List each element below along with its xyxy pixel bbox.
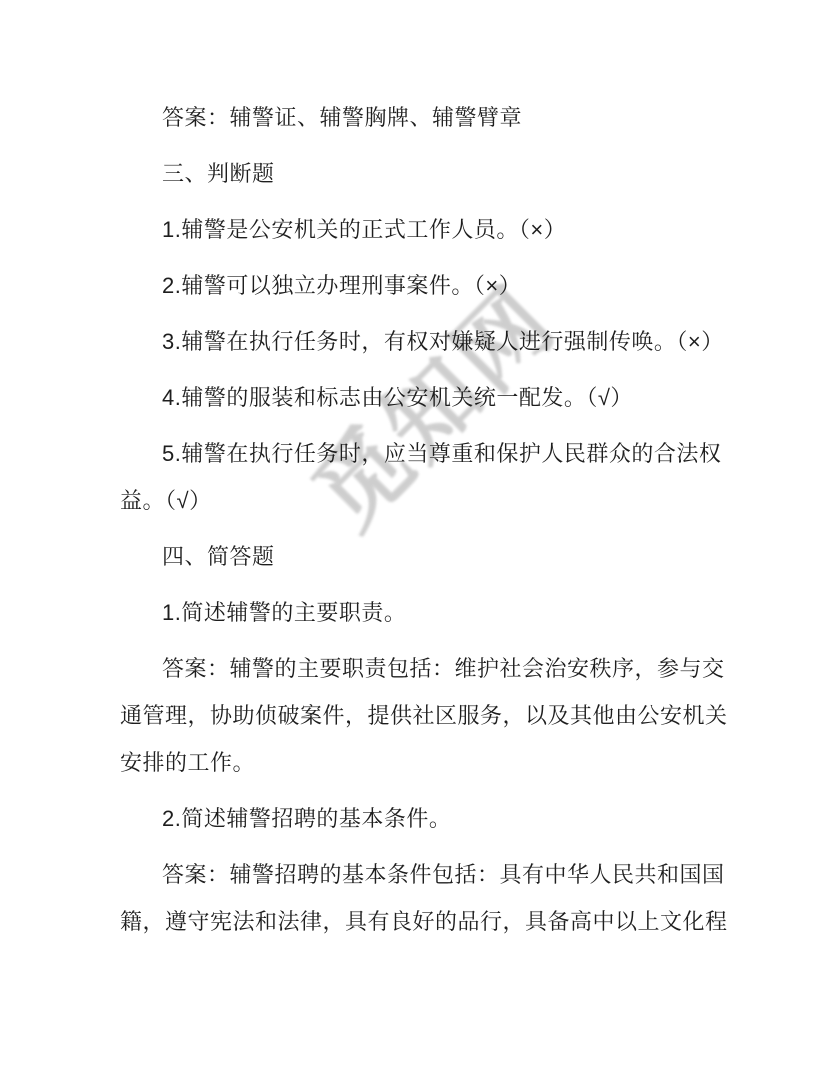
paragraph-question: 1.辅警是公安机关的正式工作人员。（×） bbox=[120, 206, 718, 253]
document-body: 答案：辅警证、辅警胸牌、辅警臂章三、判断题1.辅警是公安机关的正式工作人员。（×… bbox=[120, 94, 718, 954]
text-line: 三、判断题 bbox=[120, 150, 718, 197]
text-line: 5.辅警在执行任务时，应当尊重和保护人民群众的合法权 bbox=[120, 430, 718, 477]
text-line: 答案：辅警证、辅警胸牌、辅警臂章 bbox=[120, 94, 718, 141]
text-line: 四、简答题 bbox=[120, 533, 718, 580]
paragraph-question: 4.辅警的服装和标志由公安机关统一配发。（√） bbox=[120, 374, 718, 421]
paragraph-question: 1.简述辅警的主要职责。 bbox=[120, 589, 718, 636]
paragraph-question: 3.辅警在执行任务时，有权对嫌疑人进行强制传唤。（×） bbox=[120, 318, 718, 365]
paragraph-question: 2.辅警可以独立办理刑事案件。（×） bbox=[120, 262, 718, 309]
text-line: 1.辅警是公安机关的正式工作人员。（×） bbox=[120, 206, 718, 253]
text-line: 通管理，协助侦破案件，提供社区服务，以及其他由公安机关 bbox=[120, 692, 718, 739]
text-line: 2.辅警可以独立办理刑事案件。（×） bbox=[120, 262, 718, 309]
paragraph-question: 5.辅警在执行任务时，应当尊重和保护人民群众的合法权益。（√） bbox=[120, 430, 718, 524]
document-page: 觅知网 答案：辅警证、辅警胸牌、辅警臂章三、判断题1.辅警是公安机关的正式工作人… bbox=[0, 0, 830, 1074]
paragraph-answer: 答案：辅警招聘的基本条件包括：具有中华人民共和国国籍，遵守宪法和法律，具有良好的… bbox=[120, 851, 718, 945]
paragraph-answer: 答案：辅警的主要职责包括：维护社会治安秩序，参与交通管理，协助侦破案件，提供社区… bbox=[120, 645, 718, 786]
text-line: 1.简述辅警的主要职责。 bbox=[120, 589, 718, 636]
text-line: 益。（√） bbox=[120, 477, 718, 524]
text-line: 籍，遵守宪法和法律，具有良好的品行，具备高中以上文化程 bbox=[120, 898, 718, 945]
text-line: 答案：辅警的主要职责包括：维护社会治安秩序，参与交 bbox=[120, 645, 718, 692]
paragraph-answer: 答案：辅警证、辅警胸牌、辅警臂章 bbox=[120, 94, 718, 141]
text-line: 3.辅警在执行任务时，有权对嫌疑人进行强制传唤。（×） bbox=[120, 318, 718, 365]
text-line: 答案：辅警招聘的基本条件包括：具有中华人民共和国国 bbox=[120, 851, 718, 898]
text-line: 安排的工作。 bbox=[120, 739, 718, 786]
paragraph-section-heading: 四、简答题 bbox=[120, 533, 718, 580]
paragraph-section-heading: 三、判断题 bbox=[120, 150, 718, 197]
paragraph-question: 2.简述辅警招聘的基本条件。 bbox=[120, 795, 718, 842]
text-line: 4.辅警的服装和标志由公安机关统一配发。（√） bbox=[120, 374, 718, 421]
text-line: 2.简述辅警招聘的基本条件。 bbox=[120, 795, 718, 842]
